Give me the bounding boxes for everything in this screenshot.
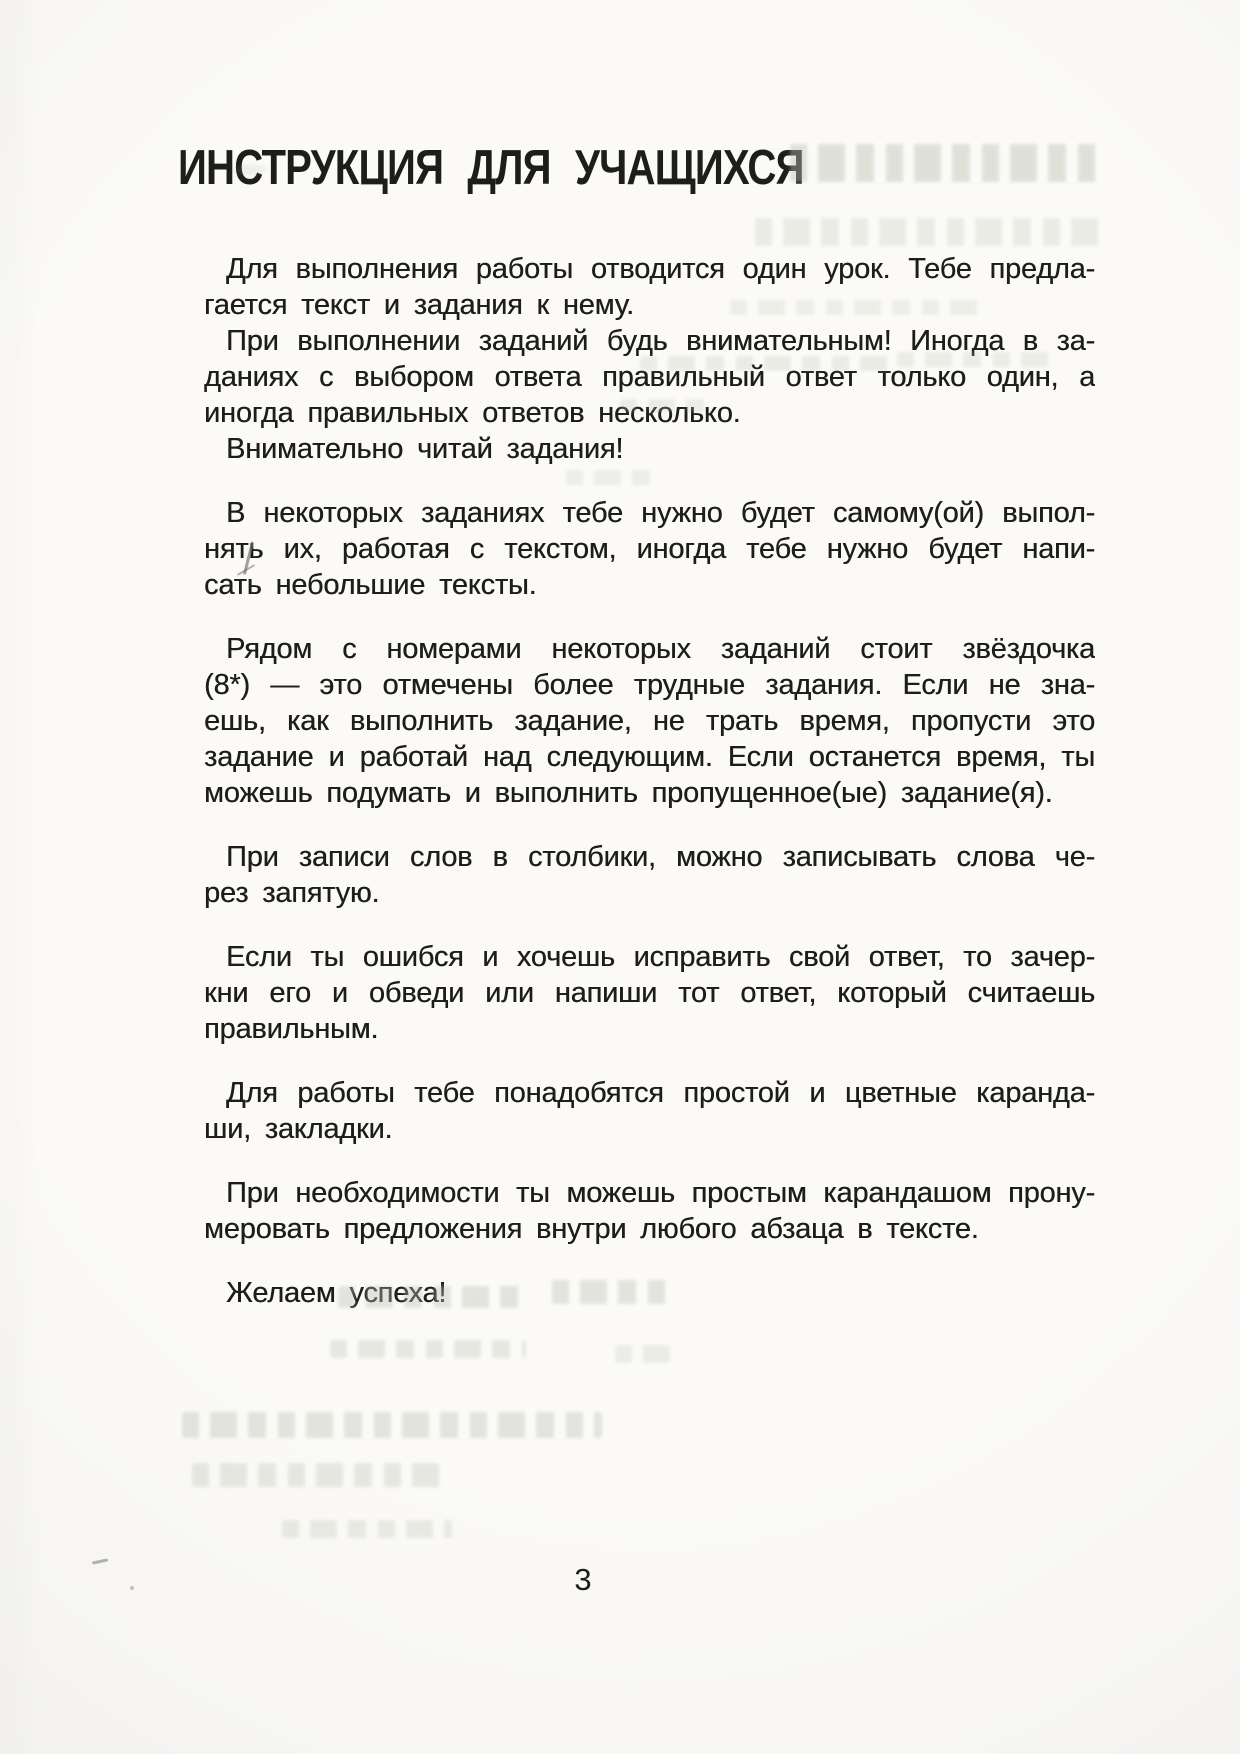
text-line: В некоторых заданиях тебе нужно будет са…: [204, 495, 1095, 531]
pencil-dash-mark: [92, 1558, 108, 1564]
show-through-artifact: [790, 144, 1105, 182]
paragraph-columns: При записи слов в столбики, можно записы…: [204, 839, 1095, 911]
paragraph-work-with-text: В некоторых заданиях тебе нужно будет са…: [204, 495, 1095, 603]
text-line: задание и работай над следующим. Если ос…: [204, 739, 1095, 775]
paragraph-correcting-answers: Если ты ошибся и хочешь исправить свой о…: [204, 939, 1095, 1047]
text-line: гается текст и задания к нему.: [204, 287, 1095, 323]
text-line: кни его и обведи или напиши тот ответ, к…: [204, 975, 1095, 1011]
text-line: рез запятую.: [204, 875, 1095, 911]
paragraph-good-luck: Желаем успеха!: [204, 1275, 1095, 1311]
text-line: правильным.: [204, 1011, 1095, 1047]
text-line: При необходимости ты можешь простым кара…: [204, 1175, 1095, 1211]
text-line: ши, закладки.: [204, 1111, 1095, 1147]
text-line: ешь, как выполнить задание, не трать вре…: [204, 703, 1095, 739]
show-through-artifact: [192, 1463, 450, 1487]
text-line: Для выполнения работы отводится один уро…: [204, 251, 1095, 287]
text-line: Для работы тебе понадобятся простой и цв…: [204, 1075, 1095, 1111]
text-line: сать небольшие тексты.: [204, 567, 1095, 603]
show-through-artifact: [182, 1412, 602, 1438]
page-number: 3: [560, 1562, 606, 1598]
paragraph-numbering-sentences: При необходимости ты можешь простым кара…: [204, 1175, 1095, 1247]
paragraph-pencils-needed: Для работы тебе понадобятся простой и цв…: [204, 1075, 1095, 1147]
text-line: нять их, работая с текстом, иногда тебе …: [204, 531, 1095, 567]
page-title: ИНСТРУКЦИЯ ДЛЯ УЧАЩИХСЯ: [178, 140, 804, 196]
show-through-artifact: [615, 1345, 670, 1363]
text-line: Желаем успеха!: [204, 1275, 1095, 1311]
instruction-text: Для выполнения работы отводится один уро…: [204, 251, 1095, 1311]
scanned-book-page: ИНСТРУКЦИЯ ДЛЯ УЧАЩИХСЯ Для выполнения р…: [0, 0, 1240, 1754]
text-line: Внимательно читай задания!: [204, 431, 1095, 467]
paragraph-read-carefully: Внимательно читай задания!: [204, 431, 1095, 467]
show-through-artifact: [330, 1340, 526, 1358]
text-line: При записи слов в столбики, можно записы…: [204, 839, 1095, 875]
text-line: Рядом с номерами некоторых заданий стоит…: [204, 631, 1095, 667]
text-line: даниях с выбором ответа правильный ответ…: [204, 359, 1095, 395]
paragraph-lesson-time: Для выполнения работы отводится один уро…: [204, 251, 1095, 323]
text-line: При выполнении заданий будь внимательным…: [204, 323, 1095, 359]
paragraph-starred-tasks: Рядом с номерами некоторых заданий стоит…: [204, 631, 1095, 811]
text-line: (8*) — это отмечены более трудные задани…: [204, 667, 1095, 703]
paragraph-be-attentive: При выполнении заданий будь внимательным…: [204, 323, 1095, 431]
text-line: меровать предложения внутри любого абзац…: [204, 1211, 1095, 1247]
pencil-dot-mark: [130, 1586, 134, 1590]
text-line: Если ты ошибся и хочешь исправить свой о…: [204, 939, 1095, 975]
show-through-artifact: [282, 1520, 452, 1538]
text-line: можешь подумать и выполнить пропущенное(…: [204, 775, 1095, 811]
show-through-artifact: [755, 218, 1100, 246]
text-line: иногда правильных ответов несколько.: [204, 395, 1095, 431]
